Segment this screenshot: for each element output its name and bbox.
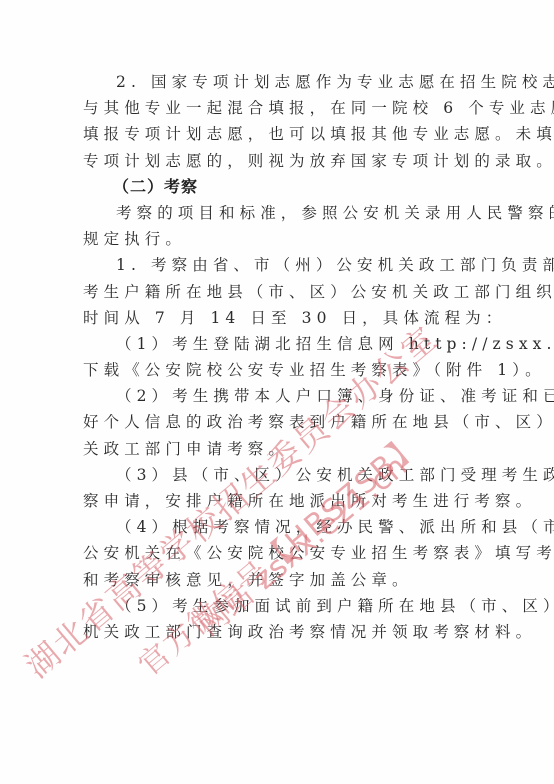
- text-line: （2）考生携带本人户口簿、身份证、准考证和已填写: [83, 383, 475, 409]
- text-line: 时间从 7 月 14 日至 30 日，具体流程为：: [83, 305, 475, 331]
- text-line: 规定执行。: [83, 226, 475, 252]
- text-line: 机关政工部门查询政治考察情况并领取考察材料。: [83, 619, 475, 645]
- text-line: 2. 国家专项计划志愿作为专业志愿在招生院校志愿中: [83, 69, 475, 95]
- text-line: 填报专项计划志愿，也可以填报其他专业志愿。未填报国家: [83, 121, 475, 147]
- text-line: （3）县（市、区）公安机关政工部门受理考生政治考: [83, 462, 475, 488]
- text-line: 专项计划志愿的，则视为放弃国家专项计划的录取。: [83, 148, 475, 174]
- text-line: 考察的项目和标准，参照公安机关录用人民警察的有关: [83, 200, 475, 226]
- text-line: 好个人信息的政治考察表到户籍所在地县（市、区）公安机: [83, 409, 475, 435]
- text-line: （1）考生登陆湖北招生信息网 http://zsxx.e21.cn，: [83, 331, 475, 357]
- document-page: 2. 国家专项计划志愿作为专业志愿在招生院校志愿中 与其他专业一起混合填报，在同…: [0, 0, 554, 784]
- section-heading: （二）考察: [83, 174, 475, 200]
- text-line: 关政工部门申请考察。: [83, 436, 475, 462]
- text-line: 考生户籍所在地县（市、区）公安机关政工部门组织实施，: [83, 279, 475, 305]
- text-line: （4）根据考察情况，经办民警、派出所和县（市、区）: [83, 514, 475, 540]
- text-line: 公安机关在《公安院校公安专业招生考察表》填写考察意见: [83, 540, 475, 566]
- text-line: 和考察审核意见，并签字加盖公章。: [83, 567, 475, 593]
- text-line: 察申请，安排户籍所在地派出所对考生进行考察。: [83, 488, 475, 514]
- document-body: 2. 国家专项计划志愿作为专业志愿在招生院校志愿中 与其他专业一起混合填报，在同…: [83, 69, 475, 645]
- text-line: （5）考生参加面试前到户籍所在地县（市、区）公安: [83, 593, 475, 619]
- text-line: 与其他专业一起混合填报，在同一院校 6 个专业志愿中既可: [83, 95, 475, 121]
- text-line: 下载《公安院校公安专业招生考察表》（附件 1）。: [83, 357, 475, 383]
- text-line: 1. 考察由省、市（州）公安机关政工部门负责部署督导，: [83, 252, 475, 278]
